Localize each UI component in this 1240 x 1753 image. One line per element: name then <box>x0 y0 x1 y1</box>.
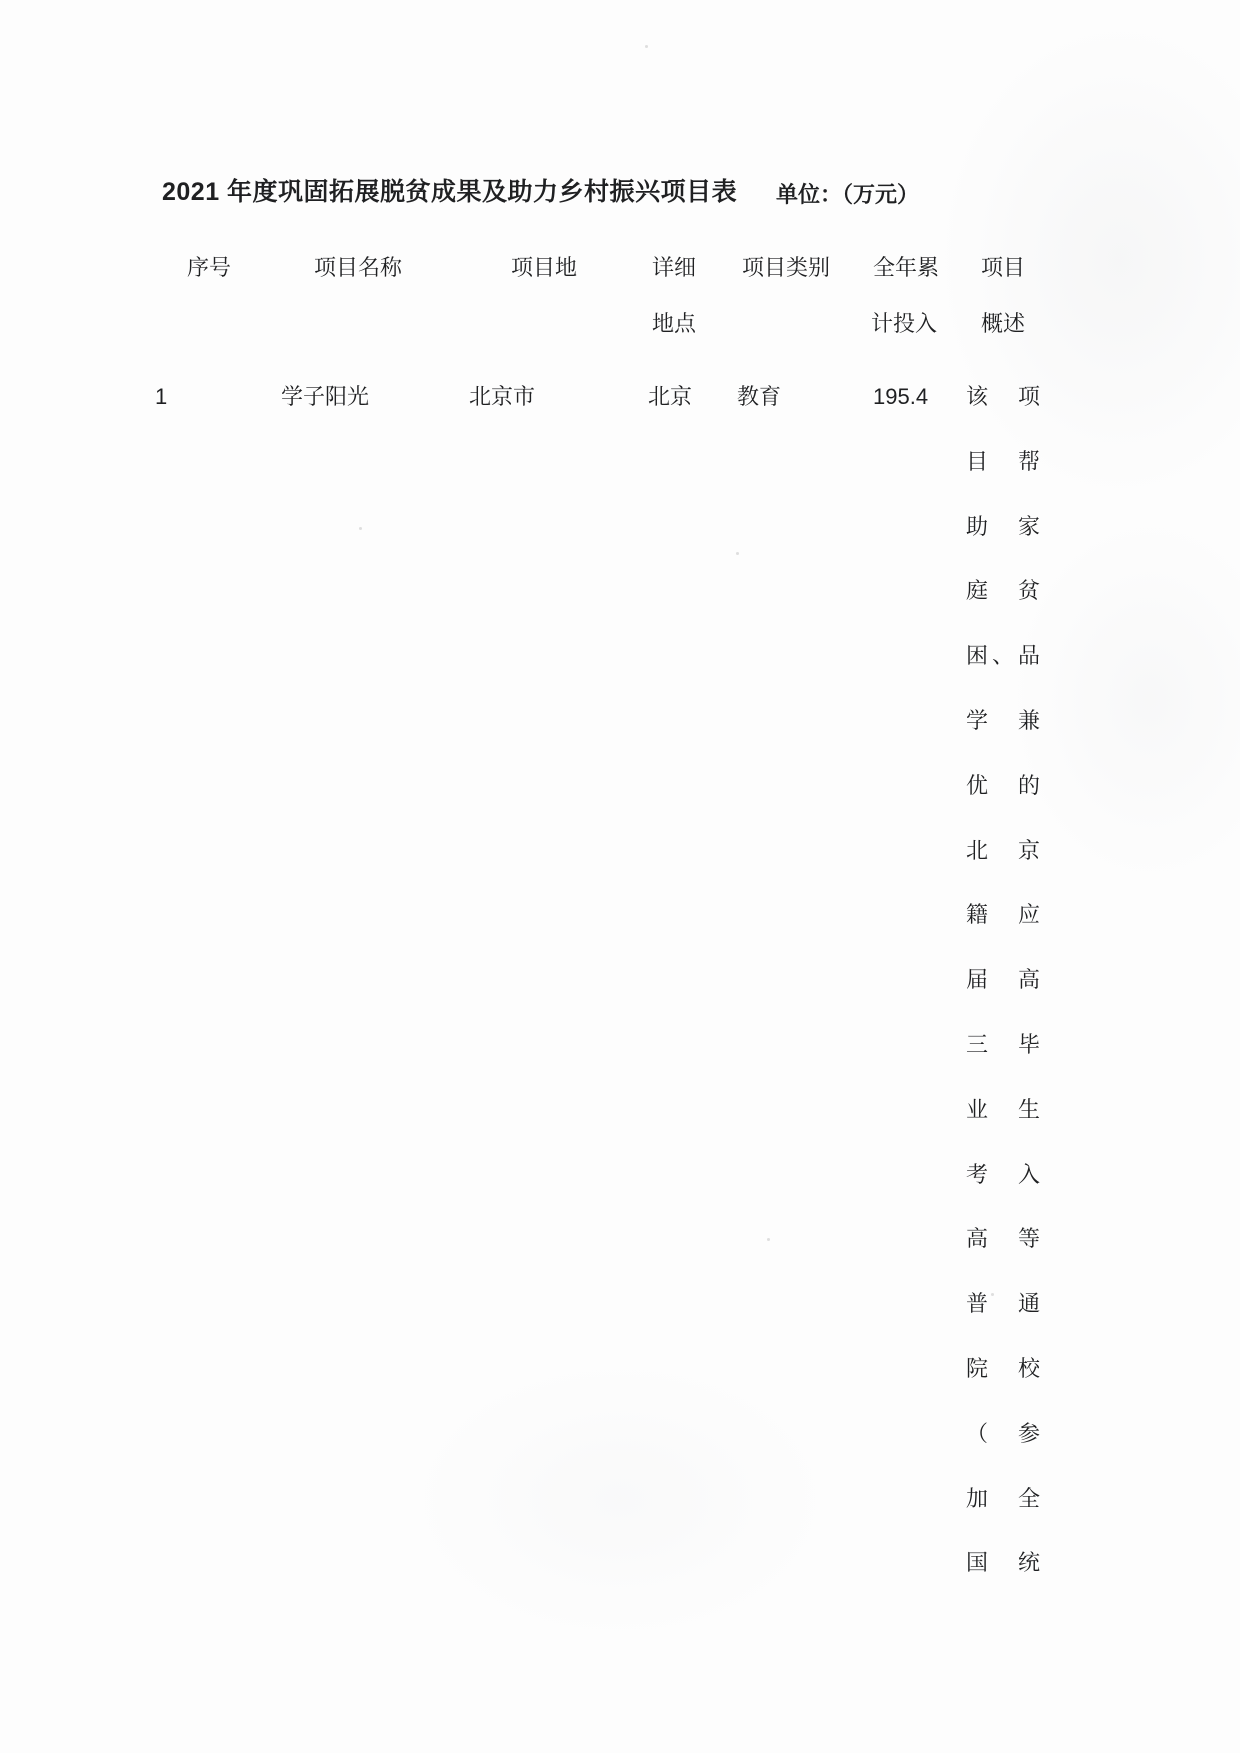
overview-line: 届高 <box>966 966 1040 1031</box>
scan-speck <box>767 1238 770 1241</box>
overview-line: 学兼 <box>966 707 1040 772</box>
overview-line: 加全 <box>966 1485 1040 1550</box>
column-header-name: 项目名称 <box>314 254 402 282</box>
cell-detail-location: 北京 <box>648 383 692 411</box>
overview-line: 籍应 <box>966 901 1040 966</box>
overview-line: 国统 <box>966 1549 1040 1614</box>
overview-line: 困、品 <box>966 642 1040 707</box>
overview-line: 院校 <box>966 1355 1040 1420</box>
overview-line: 考入 <box>966 1161 1040 1226</box>
column-header-place: 项目地 <box>511 254 577 282</box>
overview-line: 助家 <box>966 513 1040 578</box>
column-header-category: 项目类别 <box>742 254 830 282</box>
cell-project-category: 教育 <box>737 383 781 411</box>
cell-annual-investment: 195.4 <box>873 383 928 411</box>
overview-line: 北京 <box>966 837 1040 902</box>
cell-project-overview: 该项 目帮 助家 庭贫 困、品 学兼 优的 北京 籍应 届高 三毕 业生 考入 … <box>966 383 1040 1614</box>
unit-label: 单位：（万元） <box>776 181 919 209</box>
document-title: 2021 年度巩固拓展脱贫成果及助力乡村振兴项目表 <box>162 176 737 208</box>
overview-line: 业生 <box>966 1096 1040 1161</box>
cell-project-name: 学子阳光 <box>281 383 369 411</box>
overview-line: （参 <box>966 1420 1040 1485</box>
column-header-overview-line2: 概述 <box>981 310 1025 338</box>
cell-serial-number: 1 <box>155 383 167 411</box>
overview-line: 三毕 <box>966 1031 1040 1096</box>
column-header-investment: 全年累 <box>873 254 939 282</box>
column-header-overview: 项目 <box>981 254 1025 282</box>
overview-line: 普通 <box>966 1290 1040 1355</box>
overview-line: 优的 <box>966 772 1040 837</box>
cell-project-place: 北京市 <box>469 383 535 411</box>
scan-speck <box>645 45 648 48</box>
overview-line: 庭贫 <box>966 577 1040 642</box>
scan-speck <box>736 552 739 555</box>
column-header-detail: 详细 <box>652 254 696 282</box>
scan-speck <box>359 527 362 530</box>
overview-line: 目帮 <box>966 448 1040 513</box>
overview-line: 高等 <box>966 1225 1040 1290</box>
scan-speck <box>991 1293 994 1296</box>
column-header-serial: 序号 <box>187 254 231 282</box>
column-header-detail-line2: 地点 <box>652 310 696 338</box>
overview-line: 该项 <box>966 383 1040 448</box>
column-header-investment-line2: 计投入 <box>871 310 937 338</box>
scanned-document-page: 2021 年度巩固拓展脱贫成果及助力乡村振兴项目表 单位：（万元） 序号 项目名… <box>0 0 1240 1753</box>
